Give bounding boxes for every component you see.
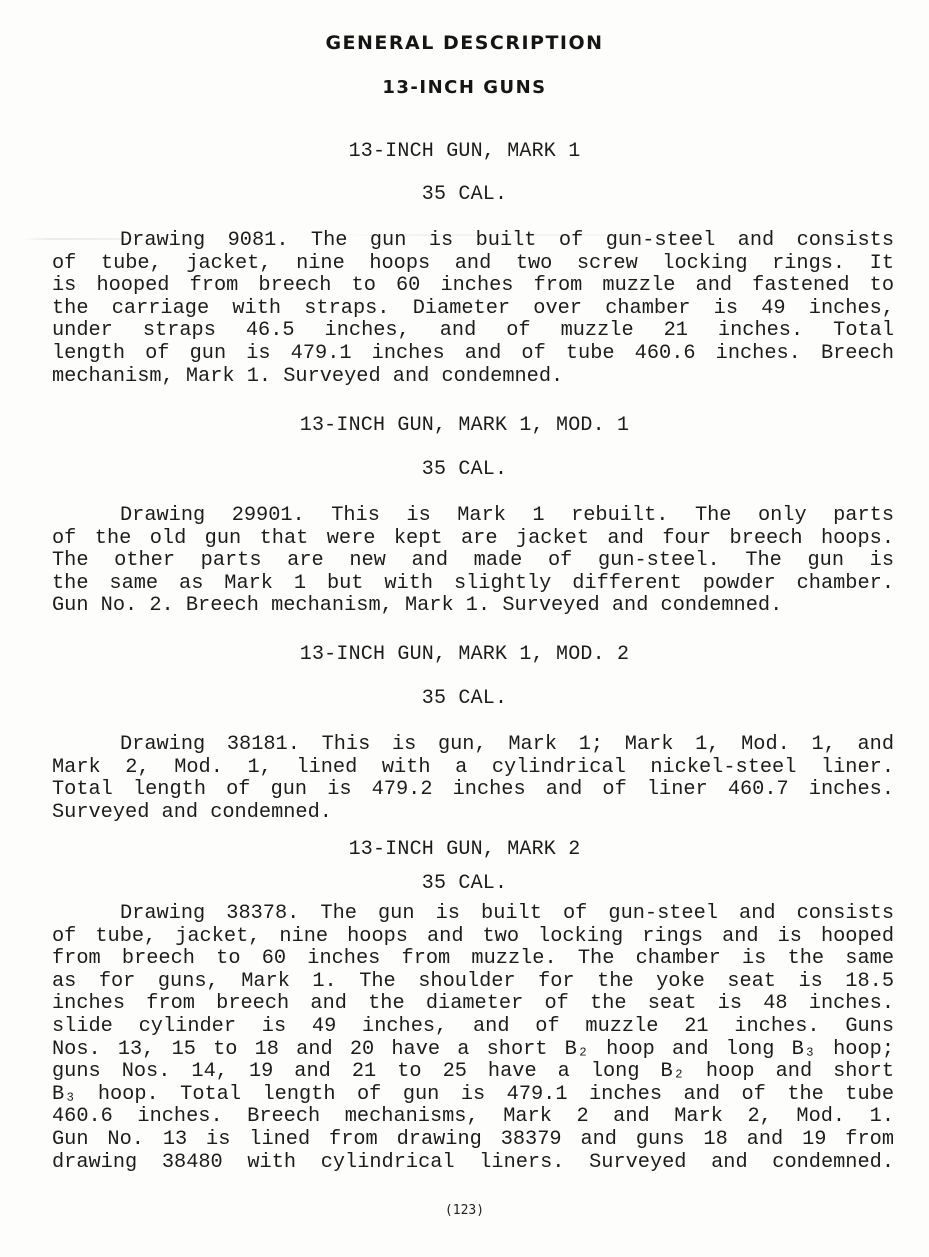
- document-title: GENERAL DESCRIPTION: [0, 32, 929, 54]
- section-heading: 13-INCH GUN, MARK 1: [0, 140, 929, 163]
- paragraph-line: Drawing 38181. This is gun, Mark 1; Mark…: [52, 734, 894, 757]
- paragraph-line: the carriage with straps. Diameter over …: [52, 298, 894, 321]
- paragraph-line: slide cylinder is 49 inches, and of muzz…: [52, 1016, 894, 1039]
- paragraph-line: Drawing 9081. The gun is built of gun-st…: [52, 230, 894, 253]
- paragraph-line: under straps 46.5 inches, and of muzzle …: [52, 320, 894, 343]
- paragraph-line: drawing 38480 with cylindrical liners. S…: [52, 1152, 894, 1175]
- section-paragraph: Drawing 9081. The gun is built of gun-st…: [52, 230, 894, 388]
- paragraph-line: Nos. 13, 15 to 18 and 20 have a short B₂…: [52, 1039, 894, 1062]
- page-number: (123): [0, 1203, 929, 1218]
- section-paragraph: Drawing 29901. This is Mark 1 rebuilt. T…: [52, 505, 894, 618]
- section-heading: 13-INCH GUN, MARK 1, MOD. 2: [0, 643, 929, 666]
- paragraph-line: 460.6 inches. Breech mechanisms, Mark 2 …: [52, 1106, 894, 1129]
- document-page: GENERAL DESCRIPTION 13-INCH GUNS 13-INCH…: [0, 0, 929, 1257]
- paragraph-line: the same as Mark 1 but with slightly dif…: [52, 573, 894, 596]
- section-heading: 13-INCH GUN, MARK 2: [0, 838, 929, 861]
- paragraph-line: Gun No. 2. Breech mechanism, Mark 1. Sur…: [52, 595, 894, 618]
- section-paragraph: Drawing 38181. This is gun, Mark 1; Mark…: [52, 734, 894, 824]
- paragraph-line: from breech to 60 inches from muzzle. Th…: [52, 948, 894, 971]
- paragraph-line: Surveyed and condemned.: [52, 802, 894, 825]
- paragraph-line: Drawing 38378. The gun is built of gun-s…: [52, 903, 894, 926]
- paragraph-line: The other parts are new and made of gun-…: [52, 550, 894, 573]
- section-caliber: 35 CAL.: [0, 458, 929, 481]
- paragraph-line: of tube, jacket, nine hoops and two lock…: [52, 926, 894, 949]
- section-caliber: 35 CAL.: [0, 687, 929, 710]
- paragraph-line: mechanism, Mark 1. Surveyed and condemne…: [52, 366, 894, 389]
- paragraph-line: length of gun is 479.1 inches and of tub…: [52, 343, 894, 366]
- paragraph-line: inches from breech and the diameter of t…: [52, 993, 894, 1016]
- section-paragraph: Drawing 38378. The gun is built of gun-s…: [52, 903, 894, 1174]
- paragraph-line: as for guns, Mark 1. The shoulder for th…: [52, 971, 894, 994]
- paragraph-line: is hooped from breech to 60 inches from …: [52, 275, 894, 298]
- document-subtitle: 13-INCH GUNS: [0, 77, 929, 98]
- section-caliber: 35 CAL.: [0, 183, 929, 206]
- paragraph-line: Mark 2, Mod. 1, lined with a cylindrical…: [52, 757, 894, 780]
- paragraph-line: of the old gun that were kept are jacket…: [52, 528, 894, 551]
- paragraph-line: guns Nos. 14, 19 and 21 to 25 have a lon…: [52, 1061, 894, 1084]
- section-heading: 13-INCH GUN, MARK 1, MOD. 1: [0, 414, 929, 437]
- paragraph-line: B₃ hoop. Total length of gun is 479.1 in…: [52, 1084, 894, 1107]
- paragraph-line: Total length of gun is 479.2 inches and …: [52, 779, 894, 802]
- paragraph-line: Gun No. 13 is lined from drawing 38379 a…: [52, 1129, 894, 1152]
- paragraph-line: Drawing 29901. This is Mark 1 rebuilt. T…: [52, 505, 894, 528]
- paragraph-line: of tube, jacket, nine hoops and two scre…: [52, 253, 894, 276]
- section-caliber: 35 CAL.: [0, 872, 929, 895]
